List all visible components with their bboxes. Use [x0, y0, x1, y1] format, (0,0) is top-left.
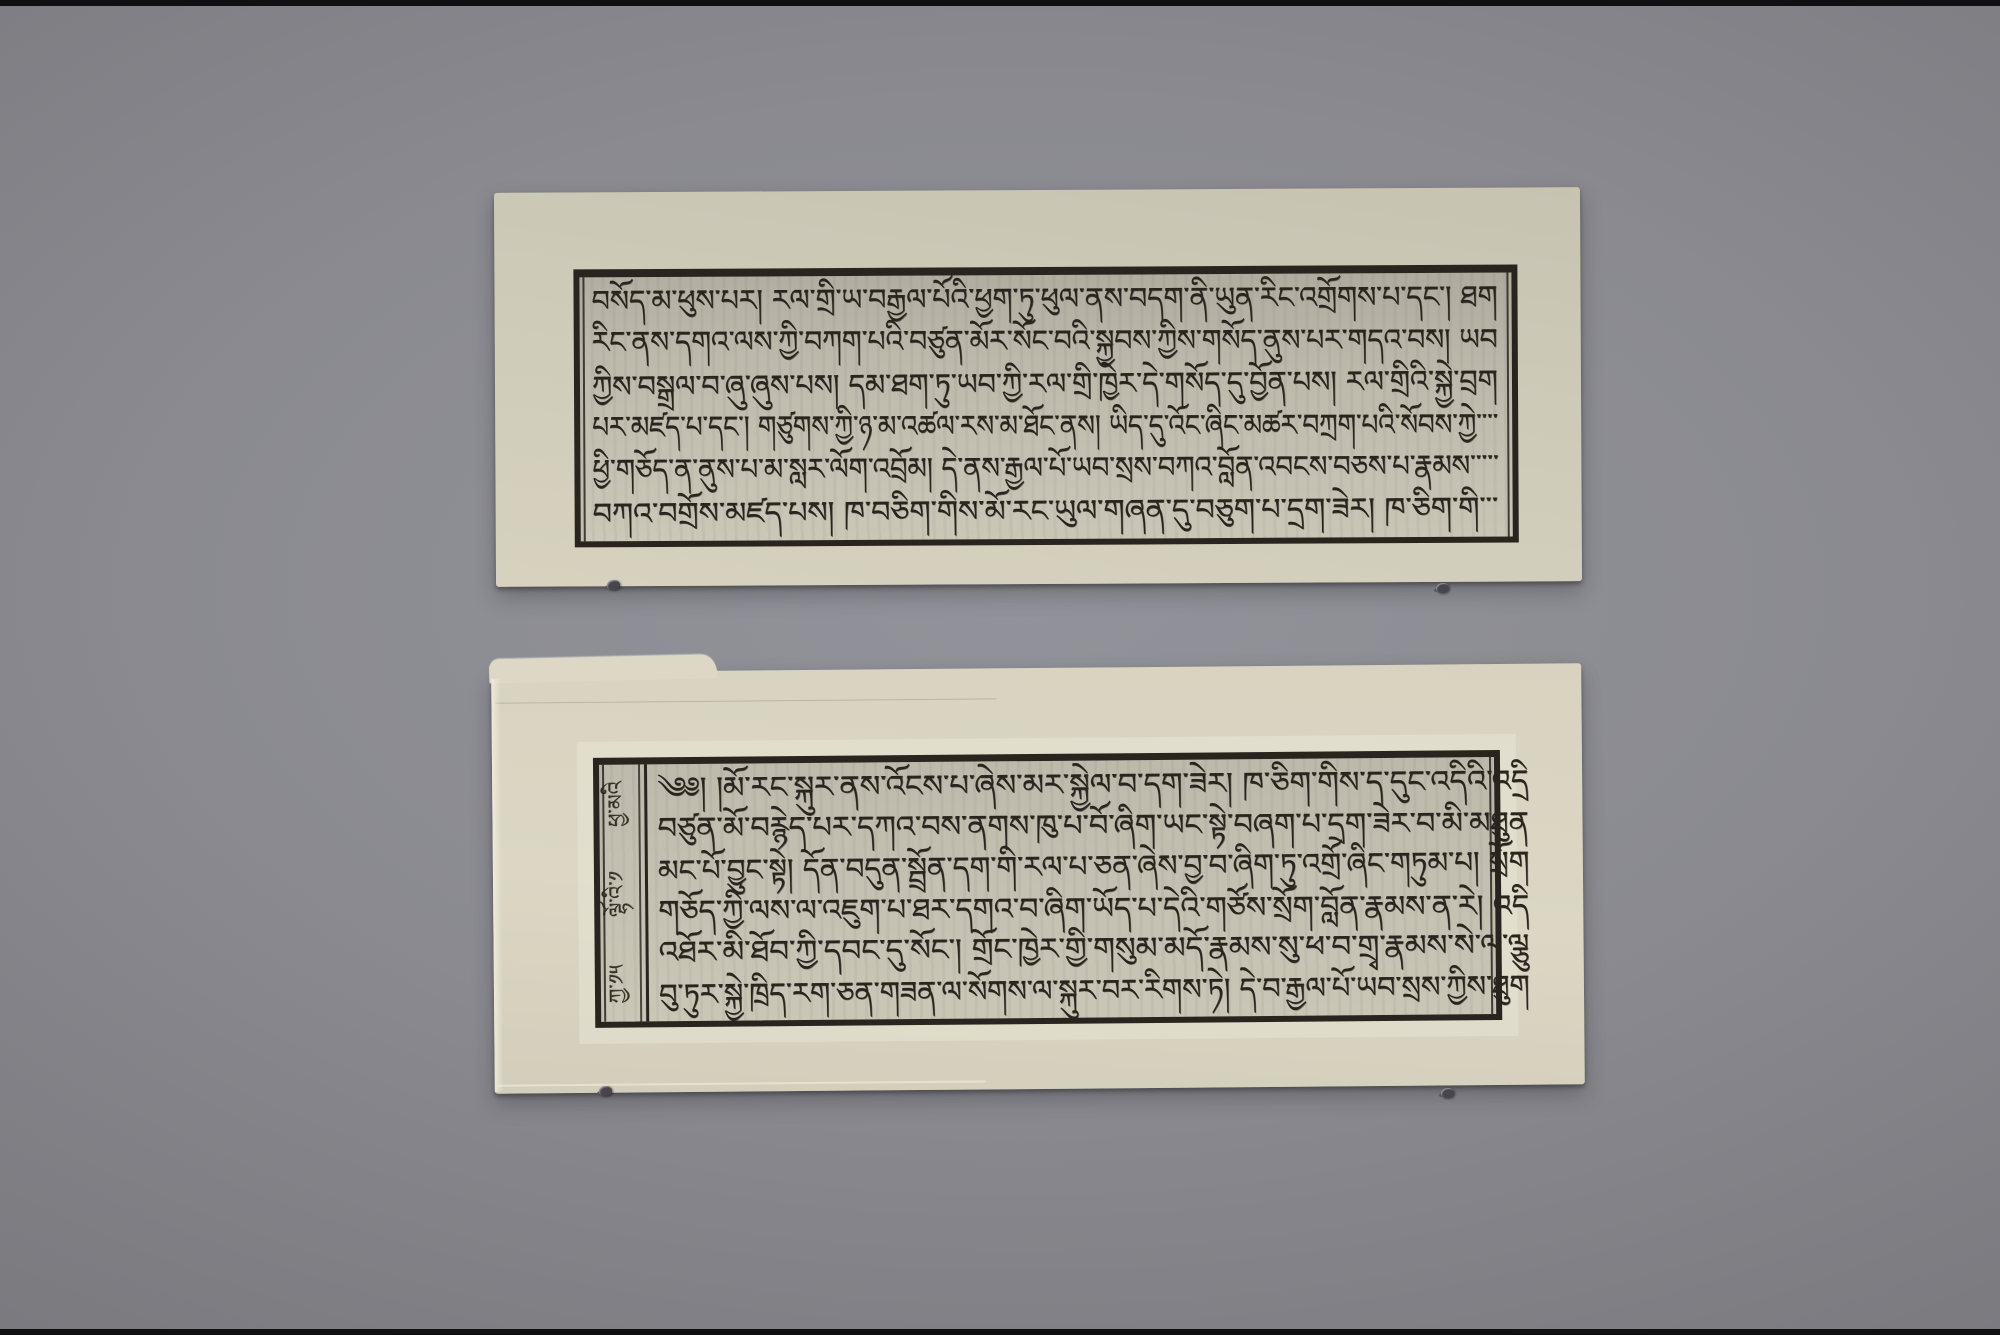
paper-crease: [495, 698, 996, 703]
text-line: འཐོར་མི་ཐོབ་ཀྱི་དབང་དུ་སོང་། གྲོང་ཁྱེར་ག…: [659, 931, 1530, 969]
margin-title-column: ཕྱ་མའི ལྷོ་འི་༡ ཀྱ་༡༥: [599, 764, 649, 1021]
text-line: ༄༅། །མོ་རང་སྐུར་ནས་འོངས་པ་ཞེས་མར་སྐྱེལ་བ…: [657, 766, 1529, 804]
photo-edge-bottom: [0, 1329, 2000, 1335]
pin-mark: [1441, 1088, 1454, 1098]
print-frame-top: བསོད་མ་ཕུས་པར། རལ་གྲི་ཡ་བརྒྱལ་པོའི་ཕྱག་ཏ…: [573, 264, 1518, 547]
photo-edge-top: [0, 0, 2000, 6]
text-row: ཀྱིས་བསྒྲལ་བ་ཞུ་ཞུས་པས། དམ་ཐག་ཏུ་ཡབ་ཀྱི་…: [592, 360, 1502, 409]
pin-mark: [599, 1086, 612, 1096]
margin-glyph: ཀྱ་༡༥: [594, 964, 653, 1003]
pin-mark: [1436, 583, 1449, 593]
text-row: པར་མཛད་པ་དང་། གཙུགས་ཀྱི་ཉ་མ་འཚལ་རས་མ་ཐོང…: [592, 405, 1502, 450]
text-row: བུ་ཏུར་སྐྱེ་ཁྲིད་རག་ཅན་གཟན་ལ་སོགས་ལ་སྐུར…: [659, 966, 1534, 1016]
margin-glyph: ཕྱ་མའི: [592, 781, 651, 827]
text-row: བསོད་མ་ཕུས་པར། རལ་གྲི་ཡ་བརྒྱལ་པོའི་ཕྱག་ཏ…: [591, 277, 1501, 324]
print-frame-bottom: ཕྱ་མའི ལྷོ་འི་༡ ཀྱ་༡༥ ༄༅། །མོ་རང་སྐུར་ནས…: [593, 750, 1502, 1028]
stacked-leaf-edge: [497, 1080, 985, 1086]
text-line: ཕྱི་གཅོད་ན་ནུས་པ་མ་སླར་ལོག་འབྲོམ། དེ་ནས་…: [592, 452, 1499, 487]
text-line: བསོད་མ་ཕུས་པར། རལ་གྲི་ཡ་བརྒྱལ་པོའི་ཕྱག་ཏ…: [591, 283, 1497, 318]
text-block-top: བསོད་མ་ཕུས་པར། རལ་གྲི་ཡ་བརྒྱལ་པོའི་ཕྱག་ཏ…: [579, 273, 1512, 542]
text-block-bottom: ༄༅། །མོ་རང་སྐུར་ནས་འོངས་པ་ཞེས་མར་སྐྱེལ་བ…: [647, 757, 1544, 1022]
text-row: ཕྱི་གཅོད་ན་ནུས་པ་མ་སླར་ལོག་འབྲོམ། དེ་ནས་…: [592, 446, 1502, 493]
photo-backdrop: བསོད་མ་ཕུས་པར། རལ་གྲི་ཡ་བརྒྱལ་པོའི་ཕྱག་ཏ…: [0, 0, 2000, 1335]
text-line: རིང་ནས་དགའ་ལས་ཀྱི་བཀག་པའི་བཙུན་མོར་སོང་བ…: [592, 326, 1498, 359]
manuscript-leaf-top: བསོད་མ་ཕུས་པར། རལ་གྲི་ཡ་བརྒྱལ་པོའི་ཕྱག་ཏ…: [494, 187, 1582, 587]
pin-mark: [607, 580, 620, 590]
text-line: ཀྱིས་བསྒྲལ་བ་ཞུ་ཞུས་པས། དམ་ཐག་ཏུ་ཡབ་ཀྱི་…: [592, 367, 1498, 403]
text-line: བཙུན་མོ་བརྙེད་པར་དཀའ་བས་ནགས་ཁུ་པ་བོ་ཞིག་…: [657, 808, 1528, 844]
paper-edge-facet: [491, 679, 504, 1092]
text-line: མང་པོ་བྱུང་སྟེ། དོན་བདུན་སྦྲོན་དག་གི་རལ་…: [658, 848, 1530, 887]
manuscript-leaf-bottom: ཕྱ་མའི ལྷོ་འི་༡ ཀྱ་༡༥ ༄༅། །མོ་རང་སྐུར་ནས…: [491, 663, 1585, 1093]
text-row: ༄༅། །མོ་རང་སྐུར་ནས་འོངས་པ་ཞེས་མར་སྐྱེལ་བ…: [657, 761, 1532, 810]
text-line: གཅོད་ཀྱི་ལས་ལ་འཇུག་པ་ཐར་དགའ་བ་ཞིག་ཡོད་པ་…: [658, 891, 1529, 927]
text-row: མང་པོ་བྱུང་སྟེ། དོན་བདུན་སྦྲོན་དག་གི་རལ་…: [658, 842, 1533, 892]
text-row: བཀའ་བགྲོས་མཛད་པས། ཁ་བཅིག་གིས་མོ་རང་ཡུལ་ག…: [593, 487, 1503, 536]
text-line: བུ་ཏུར་སྐྱེ་ཁྲིད་རག་ཅན་གཟན་ལ་སོགས་ལ་སྐུར…: [659, 971, 1530, 1010]
text-line: པར་མཛད་པ་དང་། གཙུགས་ཀྱི་ཉ་མ་འཚལ་རས་མ་ཐོང…: [592, 411, 1498, 444]
text-row: རིང་ནས་དགའ་ལས་ཀྱི་བཀག་པའི་བཙུན་མོར་སོང་བ…: [592, 320, 1502, 365]
text-row: གཅོད་ཀྱི་ལས་ལ་འཇུག་པ་ཐར་དགའ་བ་ཞིག་ཡོད་པ་…: [658, 885, 1533, 932]
torn-paper-edge: [489, 654, 717, 683]
margin-glyph: ལྷོ་འི་༡: [593, 871, 652, 918]
text-line: བཀའ་བགྲོས་མཛད་པས། ཁ་བཅིག་གིས་མོ་རང་ཡུལ་ག…: [593, 494, 1499, 530]
